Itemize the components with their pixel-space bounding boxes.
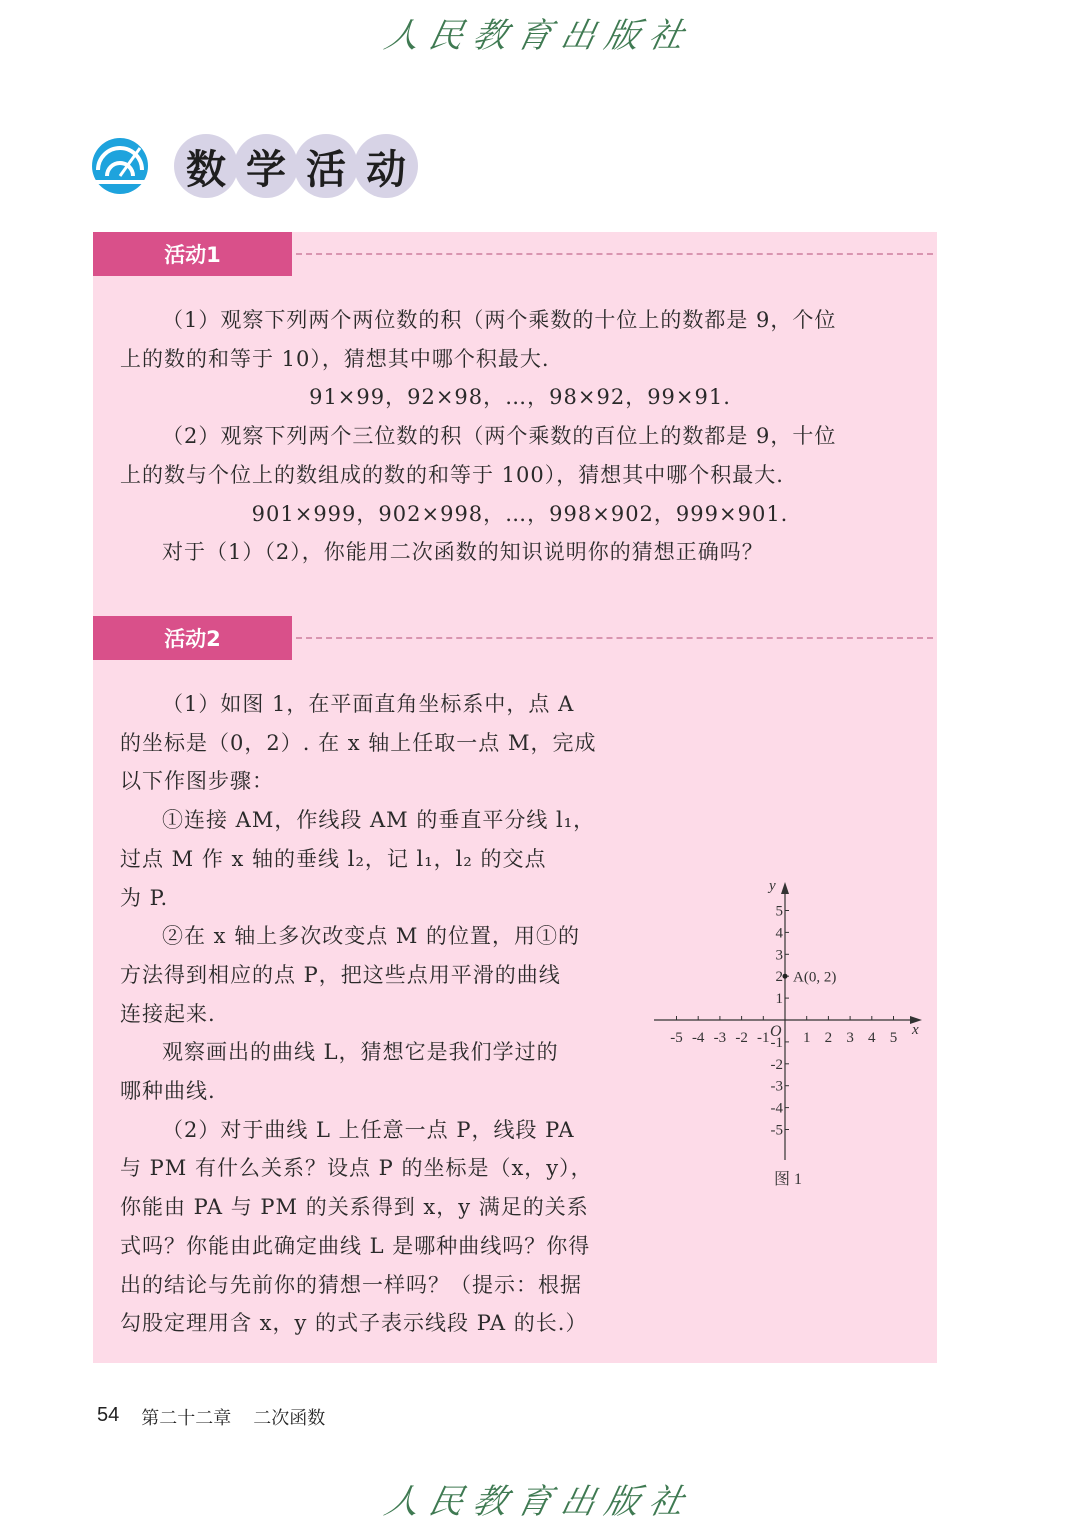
x-tick-label: -4 (692, 1030, 705, 1046)
y-tick-label: 2 (776, 969, 784, 985)
activity2-body: （1）如图 1，在平面直角坐标系中，点 A 的坐标是（0，2）. 在 x 轴上任… (120, 685, 635, 1343)
title-char: 数 (174, 134, 238, 198)
activity2-line: 哪种曲线. (120, 1072, 635, 1111)
section-header: 数 学 活 动 (90, 132, 414, 200)
title-char: 活 (294, 134, 358, 198)
activity2-line: 过点 M 作 x 轴的垂线 l₂，记 l₁，l₂ 的交点 (120, 840, 635, 879)
page-footer: 54 第二十二章 二次函数 (97, 1404, 325, 1430)
activity1-q2-line2: 上的数与个位上的数组成的数的和等于 100），猜想其中哪个积最大. (120, 456, 920, 495)
activity2-line: 为 P. (120, 879, 635, 918)
publisher-footer: 人民教育出版社 (0, 1474, 1080, 1523)
y-axis-arrow-icon (781, 882, 789, 894)
x-tick-label: 2 (825, 1030, 833, 1046)
y-tick-label: -3 (771, 1079, 784, 1095)
activity2-line: 方法得到相应的点 P，把这些点用平滑的曲线 (120, 956, 635, 995)
activity2-line: 出的结论与先前你的猜想一样吗？（提示：根据 (120, 1266, 635, 1305)
activity2-line: （1）如图 1，在平面直角坐标系中，点 A (120, 685, 635, 724)
activity2-tab: 活动2 (93, 616, 292, 660)
activity1-header: 活动1 (93, 232, 937, 276)
activity1-q1-line2: 上的数的和等于 10），猜想其中哪个积最大. (120, 340, 920, 379)
y-tick-label: -4 (771, 1101, 784, 1117)
x-tick-label: 1 (803, 1030, 811, 1046)
y-axis-label: y (767, 878, 776, 894)
activity2-line: 式吗？你能由此确定曲线 L 是哪种曲线吗？你得 (120, 1227, 635, 1266)
activity1-body: （1）观察下列两个两位数的积（两个乘数的十位上的数都是 9，个位 上的数的和等于… (120, 301, 920, 572)
activity2-line: 与 PM 有什么关系？设点 P 的坐标是（x，y）， (120, 1149, 635, 1188)
y-tick-label: -5 (771, 1123, 784, 1139)
y-tick-label: 5 (776, 904, 784, 920)
x-axis-label: x (911, 1022, 919, 1038)
title-char: 动 (354, 134, 418, 198)
chapter-number: 第二十二章 (141, 1404, 231, 1430)
point-a (783, 974, 788, 979)
page-number: 54 (97, 1404, 119, 1430)
y-tick-label: -2 (771, 1057, 784, 1073)
activity2-line: 勾股定理用含 x，y 的式子表示线段 PA 的长.） (120, 1304, 635, 1343)
x-tick-label: -3 (714, 1030, 727, 1046)
chapter-title: 二次函数 (253, 1404, 325, 1430)
activity2-header: 活动2 (93, 616, 937, 660)
x-tick-label: 4 (868, 1030, 876, 1046)
figure-caption: 图 1 (774, 1170, 802, 1188)
page-title: 数 学 活 动 (174, 134, 414, 198)
dashed-divider (296, 637, 933, 639)
activity2-line: （2）对于曲线 L 上任意一点 P，线段 PA (120, 1111, 635, 1150)
title-char: 学 (234, 134, 298, 198)
origin-label: O (770, 1023, 782, 1040)
activity1-q1-line1: （1）观察下列两个两位数的积（两个乘数的十位上的数都是 9，个位 (120, 301, 920, 340)
dashed-divider (296, 253, 933, 255)
x-tick-label: -2 (735, 1030, 748, 1046)
activity1-question: 对于（1）（2），你能用二次函数的知识说明你的猜想正确吗？ (120, 533, 920, 572)
activity1-q2-formula: 901×999，902×998，…，998×902，999×901. (120, 495, 920, 534)
x-tick-label: -1 (757, 1030, 770, 1046)
coordinate-figure: -5 -4 -3 -2 -1 1 2 3 4 5 5 4 3 2 1 -1 -2… (650, 870, 930, 1200)
publisher-header: 人民教育出版社 (0, 8, 1080, 57)
activity2-line: 的坐标是（0，2）. 在 x 轴上任取一点 M，完成 (120, 724, 635, 763)
activity1-tab: 活动1 (93, 232, 292, 276)
activity2-line: 以下作图步骤： (120, 762, 635, 801)
activity1-q2-line1: （2）观察下列两个三位数的积（两个乘数的百位上的数都是 9，十位 (120, 417, 920, 456)
y-tick-label: 3 (776, 947, 784, 963)
activity2-line: ①连接 AM，作线段 AM 的垂直平分线 l₁， (120, 801, 635, 840)
x-tick-label: 3 (846, 1030, 854, 1046)
x-tick-label: -5 (670, 1030, 683, 1046)
activity2-line: 你能由 PA 与 PM 的关系得到 x，y 满足的关系 (120, 1188, 635, 1227)
activity2-line: 观察画出的曲线 L，猜想它是我们学过的 (120, 1033, 635, 1072)
math-activity-icon (90, 136, 150, 196)
y-tick-label: 1 (776, 991, 784, 1007)
activity2-line: ②在 x 轴上多次改变点 M 的位置，用①的 (120, 917, 635, 956)
y-tick-label: 4 (776, 925, 784, 941)
activity2-line: 连接起来. (120, 995, 635, 1034)
x-tick-label: 5 (890, 1030, 898, 1046)
activity1-q1-formula: 91×99，92×98，…，98×92，99×91. (120, 378, 920, 417)
point-a-label: A(0, 2) (793, 970, 836, 986)
